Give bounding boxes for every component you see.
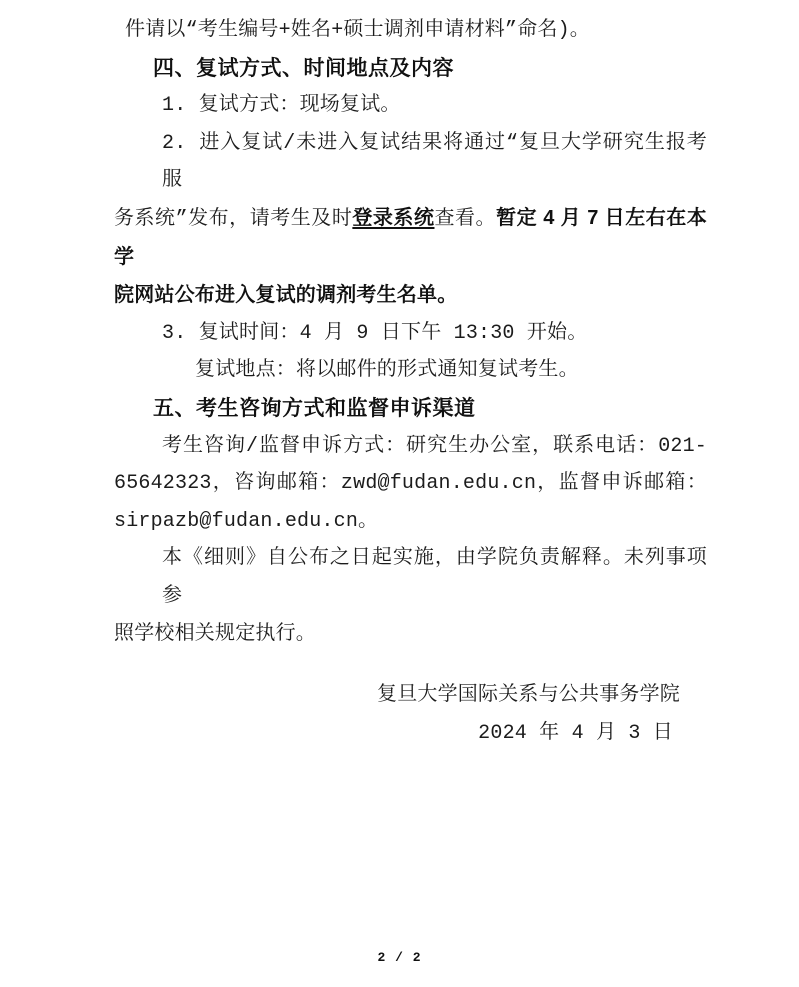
section4-item2-line3-bold: 院网站公布进入复试的调剂考生名单。 [114,277,707,315]
signature-block: 复旦大学国际关系与公共事务学院 2024 年 4 月 3 日 [114,677,707,752]
document-page: 件请以“考生编号+姓名+硕士调剂申请材料”命名)。 四、复试方式、时间地点及内容… [0,0,799,987]
section4-item2-line1: 2. 进入复试/未进入复试结果将通过“复旦大学研究生报考服 [114,125,707,200]
login-system-link[interactable]: 登录系统 [352,207,434,229]
section5-contact-line3: sirpazb@fudan.edu.cn。 [114,503,707,541]
section4-item2-line2: 务系统”发布，请考生及时登录系统查看。暂定 4 月 7 日左右在本学 [114,200,707,277]
section5-closing-line2: 照学校相关规定执行。 [114,616,707,654]
page-number: 2 / 2 [0,950,799,965]
section4-item1: 1. 复试方式：现场复试。 [114,87,707,125]
signature-date: 2024 年 4 月 3 日 [114,715,707,753]
document-body: 件请以“考生编号+姓名+硕士调剂申请材料”命名)。 四、复试方式、时间地点及内容… [114,12,707,752]
section4-item3: 3. 复试时间：4 月 9 日下午 13:30 开始。 [114,315,707,353]
section5-heading: 五、考生咨询方式和监督申诉渠道 [114,390,707,428]
section4-heading: 四、复试方式、时间地点及内容 [114,50,707,88]
section4-item3-location: 复试地点：将以邮件的形式通知复试考生。 [114,352,707,390]
signature-organization: 复旦大学国际关系与公共事务学院 [114,677,707,715]
paragraph-continuation-line: 件请以“考生编号+姓名+硕士调剂申请材料”命名)。 [114,12,707,50]
text-run: 务系统”发布，请考生及时 [114,208,352,231]
section5-contact-line1: 考生咨询/监督申诉方式：研究生办公室，联系电话：021- [114,428,707,466]
text-run: 查看。 [434,208,496,231]
section5-contact-line2: 65642323，咨询邮箱：zwd@fudan.edu.cn，监督申诉邮箱： [114,465,707,503]
section5-closing-line1: 本《细则》自公布之日起实施，由学院负责解释。未列事项参 [114,540,707,615]
